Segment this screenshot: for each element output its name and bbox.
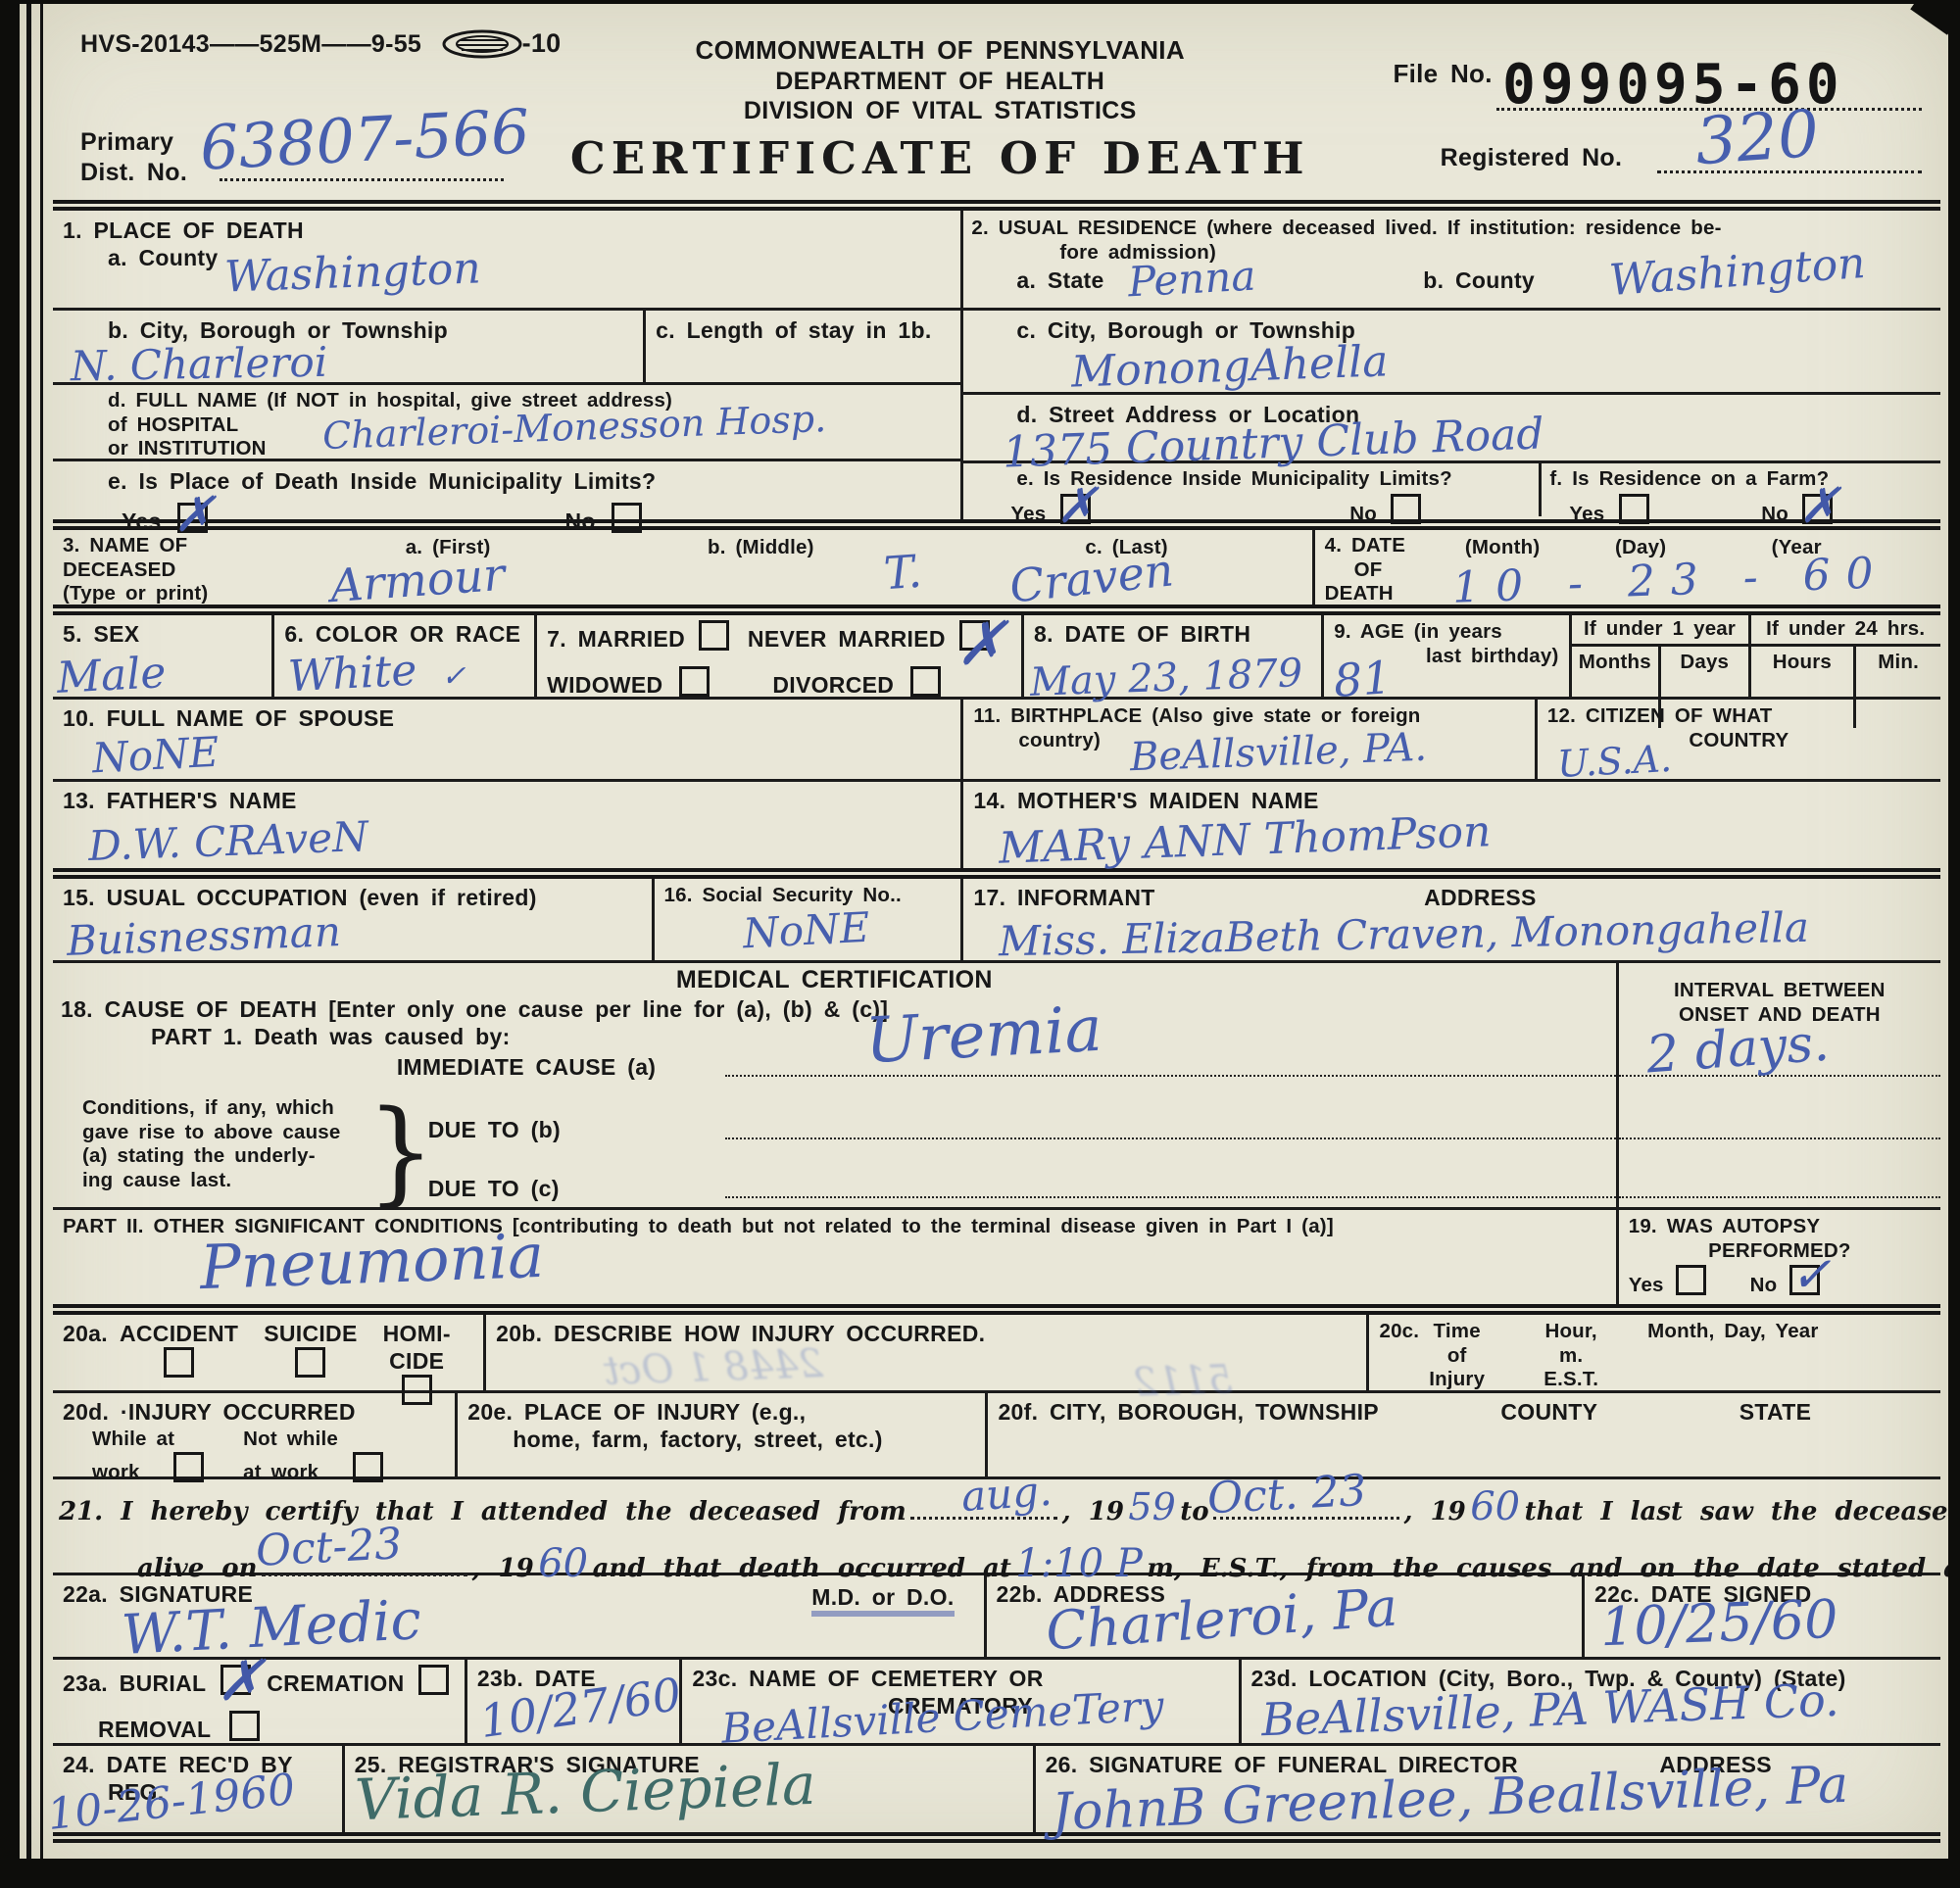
removal-checkbox (229, 1711, 260, 1741)
conditions-line-2: gave rise to above cause (82, 1121, 341, 1145)
section-23a-disposition: 23a. BURIAL ✗ CREMATION REMOVAL (53, 1660, 465, 1743)
section-9-under-24-hrs: If under 24 hrs. Hours Min. (1748, 615, 1940, 697)
primary-label: Primary (80, 127, 187, 158)
s3-middle-name-value: T. (882, 549, 923, 597)
scanned-death-certificate: { "common": {"yes": "Yes", "no": "No"}, … (0, 0, 1960, 1888)
section-14-mothers-maiden-name: 14. MOTHER'S MAIDEN NAME MARy ANN ThomPs… (960, 782, 1940, 868)
burial-checkbox: ✗ (220, 1665, 251, 1695)
s3-title-1: 3. NAME OF (63, 534, 208, 558)
s17-address-label: ADDRESS (1424, 885, 1537, 910)
immediate-cause-label: IMMEDIATE CAUSE (a) (397, 1053, 656, 1081)
s3-title-3: (Type or print) (63, 582, 208, 606)
section-20d-injury-occurred: 20d. ·INJURY OCCURRED While at work Not … (53, 1393, 455, 1477)
due-to-b-label: DUE TO (b) (428, 1116, 561, 1143)
s2f-no-label: No (1761, 503, 1788, 525)
org-line-1: COMMONWEALTH OF PENNSYLVANIA (567, 35, 1312, 67)
primary-dist-labels: Primary Dist. No. (80, 127, 187, 187)
s6-label: 6. COLOR OR RACE (284, 620, 524, 648)
s1e-no-checkbox (612, 503, 642, 533)
s5-sex-value: Male (56, 652, 168, 701)
interval-column: INTERVAL BETWEEN ONSET AND DEATH 2 days. (1616, 963, 1940, 1207)
s15-label: 15. USUAL OCCUPATION (even if retired) (63, 884, 642, 911)
s8-dob-value: May 23, 1879 (1029, 654, 1302, 702)
homicide-label-2: CIDE (383, 1347, 451, 1375)
injury-row-2: 20d. ·INJURY OCCURRED While at work Not … (53, 1393, 1940, 1479)
under-1-year-label: If under 1 year (1572, 615, 1748, 647)
s7-never-married-checkbox: ✗ (959, 620, 990, 651)
s1e-yes-checkbox: ✗ (177, 503, 208, 533)
s2e-no-label: No (1349, 503, 1377, 525)
s7-married-label: 7. MARRIED (547, 626, 685, 652)
section-divider (53, 200, 1940, 211)
section-21-certification-statement: 21. I hereby certify that I attended the… (53, 1479, 1940, 1575)
month-day-year-label: Month, Day, Year (1647, 1320, 1819, 1392)
section-25-registrar-signature: 25. REGISTRAR'S SIGNATURE Vida R. Ciepie… (342, 1746, 1033, 1832)
section-4-date-of-death: 4. DATE OF DEATH (Month) (Day) (Year 10 … (1312, 530, 1940, 605)
not-while-checkbox (353, 1452, 383, 1482)
s2f-label: f. Is Residence on a Farm? (1549, 467, 1933, 492)
s2-title-1: 2. USUAL RESIDENCE (where deceased lived… (971, 217, 1933, 241)
section-22a-signature: 22a. SIGNATURE M.D. or D.O. W.T. Medic (53, 1575, 984, 1657)
physician-signature-row: 22a. SIGNATURE M.D. or D.O. W.T. Medic 2… (53, 1575, 1940, 1660)
s7-divorced-label: DIVORCED (772, 672, 894, 698)
s2f-no-checkbox: ✗ (1802, 494, 1833, 524)
s19-label-2: PERFORMED? (1629, 1239, 1931, 1264)
part-2-other-conditions: PART II. OTHER SIGNIFICANT CONDITIONS [c… (53, 1210, 1616, 1304)
form-code-line: HVS-20143——525M——9-55 -10 (80, 27, 562, 61)
section-11-birthplace: 11. BIRTHPLACE (Also give state or forei… (960, 700, 1535, 779)
s20f-county-label: COUNTY (1500, 1399, 1597, 1425)
stamp-suffix: -10 (522, 28, 562, 58)
homicide-label-1: HOMI- (383, 1320, 451, 1347)
s21-line1-b: , 19 (1062, 1497, 1124, 1526)
section-9-age: 9. AGE (in years last birthday) 81 (1321, 615, 1568, 697)
s16-label: 16. Social Security No.. (664, 884, 952, 908)
left-margin-rule (26, 4, 43, 1859)
s20f-label: 20f. CITY, BOROUGH, TOWNSHIP (998, 1399, 1378, 1425)
s19-yes-checkbox (1676, 1265, 1706, 1295)
registrar-signature-value: Vida R. Ciepiela (354, 1756, 816, 1828)
conditions-line-3: (a) stating the underly- (82, 1144, 341, 1169)
ink-bleed-through-1: 2448 1 Oct (603, 1344, 823, 1391)
section-24-date-received: 24. DATE REC'D BY REG. 10-26-1960 (53, 1746, 342, 1832)
cause-c-dotted-line (725, 1196, 1616, 1198)
s3-last-name-value: Craven (1007, 547, 1175, 608)
s18-part1-label: PART 1. Death was caused by: (53, 1023, 1616, 1050)
s6-tick-mark: ✓ (441, 662, 465, 692)
interval-value: 2 days. (1644, 1018, 1831, 1082)
conditions-line-1: Conditions, if any, which (82, 1096, 341, 1121)
s10-spouse-value: NoNE (91, 732, 220, 780)
org-line-2: DEPARTMENT OF HEALTH (567, 67, 1312, 97)
file-no-label: File No. (1393, 59, 1492, 88)
header: HVS-20143——525M——9-55 -10 COMMONWEALTH O… (53, 4, 1940, 200)
not-while-label-1: Not while (243, 1428, 383, 1452)
s12-citizen-value: U.S.A. (1556, 740, 1673, 783)
section-17-informant: 17. INFORMANT ADDRESS Miss. ElizaBeth Cr… (960, 879, 1940, 960)
s21-line1-d: , 19 (1403, 1497, 1465, 1526)
s3b-label: b. (Middle) (708, 536, 814, 560)
md-or-do-label: M.D. or D.O. (811, 1583, 954, 1617)
suicide-checkbox (295, 1347, 325, 1378)
s11-birthplace-value: BeAllsville, PA. (1130, 728, 1428, 778)
conditions-line-4: ing cause last. (82, 1169, 341, 1193)
section-18-cause-of-death: MEDICAL CERTIFICATION 18. CAUSE OF DEATH… (53, 963, 1940, 1210)
section-3-name-of-deceased: 3. NAME OF DECEASED (Type or print) a. (… (53, 530, 1312, 605)
section-divider (53, 868, 1940, 879)
union-printing-stamp-icon (442, 27, 522, 61)
s4-date-value: 10 - 23 - 60 (1451, 552, 1889, 610)
accident-label: ACCIDENT (120, 1320, 238, 1347)
s2f-yes-label: Yes (1569, 503, 1604, 525)
certificate-paper: HVS-20143——525M——9-55 -10 COMMONWEALTH O… (20, 4, 1948, 1859)
s13-label: 13. FATHER'S NAME (63, 787, 951, 814)
s9-label-1: 9. AGE (in years (1334, 620, 1558, 645)
section-9-under-1-year: If under 1 year Months Days (1569, 615, 1748, 697)
s2e-no-checkbox (1391, 494, 1421, 524)
due-to-c-label: DUE TO (c) (428, 1175, 560, 1202)
dist-no-label: Dist. No. (80, 158, 187, 188)
section-23d-location: 23d. LOCATION (City, Boro., Twp. & Count… (1239, 1660, 1940, 1743)
section-23c-cemetery: 23c. NAME OF CEMETERY OR CREMATORY BeAll… (679, 1660, 1238, 1743)
form-code: HVS-20143——525M——9-55 (80, 30, 421, 58)
s14-mother-value: MARy ANN ThomPson (999, 810, 1493, 871)
section-26-funeral-director: 26. SIGNATURE OF FUNERAL DIRECTOR ADDRES… (1033, 1746, 1940, 1832)
cause-a-dotted-line (725, 1075, 1616, 1077)
bottom-rule (53, 1832, 1940, 1843)
section-5-sex: 5. SEX Male (53, 615, 271, 697)
s16-ssn-value: NoNE (742, 907, 870, 955)
dist-no-value: 63807-566 (199, 101, 531, 179)
s21-line1-a: 21. I hereby certify that I attended the… (59, 1497, 906, 1526)
interval-label-1: INTERVAL BETWEEN (1619, 963, 1940, 1003)
accident-checkbox (164, 1347, 194, 1378)
s3-first-name-value: Armour (328, 552, 506, 608)
s13-father-value: D.W. CRAveN (87, 816, 368, 867)
s4-title-1: 4. DATE (1325, 534, 1405, 558)
interval-dotted-line-c (1619, 1196, 1940, 1198)
org-line-3: DIVISION OF VITAL STATISTICS (567, 96, 1312, 126)
injury-row-1: 20a. ACCIDENT SUICIDE HOMI- CIDE (53, 1315, 1940, 1393)
s19-no-label: No (1750, 1274, 1778, 1296)
s21-line1-e: that I last saw the deceased (1525, 1497, 1948, 1526)
registered-no-value: 320 (1692, 102, 1820, 175)
cause-a-value: Uremia (864, 998, 1104, 1074)
section-7-marital-status: 7. MARRIED NEVER MARRIED ✗ WIDOWED DIVOR… (534, 615, 1021, 697)
s21-to-value: Oct. 23 (1206, 1470, 1367, 1521)
s2e-yes-mark: ✗ (1056, 481, 1098, 530)
interval-dotted-line-b (1619, 1138, 1940, 1139)
s7-never-married-mark: ✗ (955, 613, 1006, 674)
section-15-occupation: 15. USUAL OCCUPATION (even if retired) B… (53, 879, 652, 960)
s4-title-2: OF (1325, 558, 1405, 583)
s20d-label: 20d. ·INJURY OCCURRED (63, 1398, 445, 1426)
s3-title-2: DECEASED (63, 558, 208, 583)
while-at-work-checkbox (173, 1452, 204, 1482)
s2a-label: a. State (971, 267, 1103, 293)
burial-label: 23a. BURIAL (63, 1670, 206, 1696)
date-signed-value: 10/25/60 (1599, 1593, 1838, 1654)
s20e-label-2: home, farm, factory, street, etc.) (467, 1426, 975, 1453)
time-label-1: Time (1429, 1320, 1485, 1344)
s12-label-1: 12. CITIZEN OF WHAT (1547, 704, 1931, 729)
part2-value: Pneumonia (199, 1226, 545, 1298)
s2c-city-value: MonongAhella (1071, 340, 1390, 394)
s9-age-value: 81 (1333, 654, 1394, 703)
section-1-place-of-death: 1. PLACE OF DEATH a. County Washington b… (53, 211, 960, 519)
section-20f-city-county-state: 20f. CITY, BOROUGH, TOWNSHIP COUNTY STAT… (985, 1393, 1940, 1477)
s4-month-label: (Month) (1465, 536, 1541, 560)
s19-label-1: 19. WAS AUTOPSY (1629, 1215, 1931, 1239)
s2e-yes-checkbox: ✗ (1060, 494, 1091, 524)
header-titles: COMMONWEALTH OF PENNSYLVANIA DEPARTMENT … (567, 35, 1312, 184)
s5-label: 5. SEX (63, 620, 262, 648)
section-12-citizen: 12. CITIZEN OF WHAT COUNTRY U.S.A. (1535, 700, 1940, 779)
time-label-3: Injury (1429, 1368, 1485, 1392)
s21-year2-value: 60 (1470, 1484, 1520, 1529)
s8-label: 8. DATE OF BIRTH (1034, 620, 1311, 648)
part-2-and-autopsy: PART II. OTHER SIGNIFICANT CONDITIONS [c… (53, 1210, 1940, 1304)
cremation-checkbox (418, 1665, 449, 1695)
s1-title: 1. PLACE OF DEATH (63, 217, 951, 244)
s2f-yes-checkbox (1619, 494, 1649, 524)
s19-no-mark: ✓ (1790, 1250, 1832, 1299)
s2a-state-value: Penna (1127, 256, 1256, 304)
burial-row: 23a. BURIAL ✗ CREMATION REMOVAL 23b. DAT… (53, 1660, 1940, 1746)
under-24-hrs-label: If under 24 hrs. (1751, 615, 1940, 647)
s2b-label: b. County (1423, 267, 1535, 293)
occupation-ssn-informant: 15. USUAL OCCUPATION (even if retired) B… (53, 879, 1940, 963)
section-20c-time-of-injury: 20c. Time of Injury Hour, m. E.S.T. Mont… (1366, 1315, 1940, 1390)
s2f-no-mark: ✗ (1798, 481, 1839, 530)
name-and-date-of-death: 3. NAME OF DECEASED (Type or print) a. (… (53, 530, 1940, 605)
cause-b-dotted-line (725, 1138, 1616, 1139)
father-mother-names: 13. FATHER'S NAME D.W. CRAveN 14. MOTHER… (53, 782, 1940, 868)
s21-year1-value: 59 (1128, 1485, 1175, 1528)
cause-of-death-main: MEDICAL CERTIFICATION 18. CAUSE OF DEATH… (53, 963, 1616, 1207)
section-20b-describe-injury: 20b. DESCRIBE HOW INJURY OCCURRED. 2448 … (483, 1315, 1366, 1390)
s7-widowed-label: WIDOWED (547, 672, 662, 698)
registered-no-label: Registered No. (1441, 143, 1623, 173)
conditions-note: Conditions, if any, which gave rise to a… (82, 1096, 341, 1192)
s4-title-3: DEATH (1325, 582, 1405, 606)
est-label: E.S.T. (1543, 1368, 1598, 1392)
time-label-2: of (1429, 1344, 1485, 1369)
s11-label-1: 11. BIRTHPLACE (Also give state or forei… (973, 704, 1525, 729)
s1a-label: a. County (63, 244, 951, 271)
s1b-label: b. City, Borough or Township (63, 316, 633, 344)
section-16-ssn: 16. Social Security No.. NoNE (652, 879, 961, 960)
section-23b-date: 23b. DATE 10/27/60 (465, 1660, 680, 1743)
cremation-label: CREMATION (267, 1670, 404, 1696)
section-20a-accident-suicide-homicide: 20a. ACCIDENT SUICIDE HOMI- CIDE (53, 1315, 483, 1390)
s18-title: 18. CAUSE OF DEATH [Enter only one cause… (53, 995, 1616, 1023)
s17-label: 17. INFORMANT (973, 885, 1154, 910)
s7-married-checkbox (699, 620, 729, 651)
s7-never-married-label: NEVER MARRIED (748, 626, 946, 652)
s1b-city-value: N. Charleroi (71, 342, 328, 388)
s2c-label: c. City, Borough or Township (971, 316, 1933, 344)
section-22c-date-signed: 22c. DATE SIGNED 10/25/60 (1582, 1575, 1940, 1657)
section-19-autopsy: 19. WAS AUTOPSY PERFORMED? Yes No ✓ (1616, 1210, 1940, 1304)
section-20e-place-of-injury: 20e. PLACE OF INJURY (e.g., home, farm, … (455, 1393, 985, 1477)
physician-signature-value: W.T. Medic (121, 1593, 422, 1664)
spouse-birthplace-citizen: 10. FULL NAME OF SPOUSE NoNE 11. BIRTHPL… (53, 700, 1940, 782)
s2e-yes-label: Yes (1010, 503, 1046, 525)
registrar-row: 24. DATE REC'D BY REG. 10-26-1960 25. RE… (53, 1746, 1940, 1832)
s19-yes-label: Yes (1629, 1274, 1664, 1296)
m-label: m. (1543, 1344, 1598, 1369)
removal-label: REMOVAL (98, 1717, 211, 1742)
sex-race-marital-birth-age: 5. SEX Male 6. COLOR OR RACE White ✓ 7. … (53, 615, 1940, 700)
section-13-fathers-name: 13. FATHER'S NAME D.W. CRAveN (53, 782, 960, 868)
hour-label: Hour, (1543, 1320, 1598, 1344)
s20c-num: 20c. (1379, 1320, 1419, 1392)
s19-no-checkbox: ✓ (1789, 1265, 1820, 1295)
suicide-label: SUICIDE (264, 1320, 357, 1347)
s15-occupation-value: Buisnessman (66, 911, 341, 962)
s21-from-value: aug. (960, 1471, 1053, 1518)
section-22b-address: 22b. ADDRESS Charleroi, Pa (984, 1575, 1583, 1657)
s6-race-value: White (287, 650, 417, 700)
section-2-usual-residence: 2. USUAL RESIDENCE (where deceased lived… (960, 211, 1940, 519)
section-10-spouse: 10. FULL NAME OF SPOUSE NoNE (53, 700, 960, 779)
s7-divorced-checkbox (910, 666, 941, 697)
while-at-work-label-1: While at (92, 1428, 204, 1452)
section-8-date-of-birth: 8. DATE OF BIRTH May 23, 1879 (1021, 615, 1321, 697)
s1c-label: c. Length of stay in 1b. (656, 316, 951, 344)
place-and-residence: 1. PLACE OF DEATH a. County Washington b… (53, 211, 1940, 519)
conditions-brace: } (367, 1086, 435, 1217)
section-divider (53, 1304, 1940, 1315)
s21-line1-c: to (1180, 1497, 1208, 1526)
s21-alive-value: Oct-23 (255, 1523, 403, 1573)
s7-widowed-checkbox (679, 666, 710, 697)
s20b-label: 20b. DESCRIBE HOW INJURY OCCURRED. (496, 1320, 1356, 1347)
s20e-label-1: 20e. PLACE OF INJURY (e.g., (467, 1398, 975, 1426)
file-no-block: File No. (1393, 59, 1492, 90)
s1a-county-value: Washington (223, 247, 481, 299)
s17-informant-value: Miss. ElizaBeth Craven, Monongahella (999, 907, 1810, 962)
section-6-color-or-race: 6. COLOR OR RACE White ✓ (271, 615, 534, 697)
s20f-state-label: STATE (1739, 1399, 1811, 1425)
medical-certification-title: MEDICAL CERTIFICATION (53, 963, 1616, 995)
page-title: CERTIFICATE OF DEATH (567, 132, 1312, 184)
